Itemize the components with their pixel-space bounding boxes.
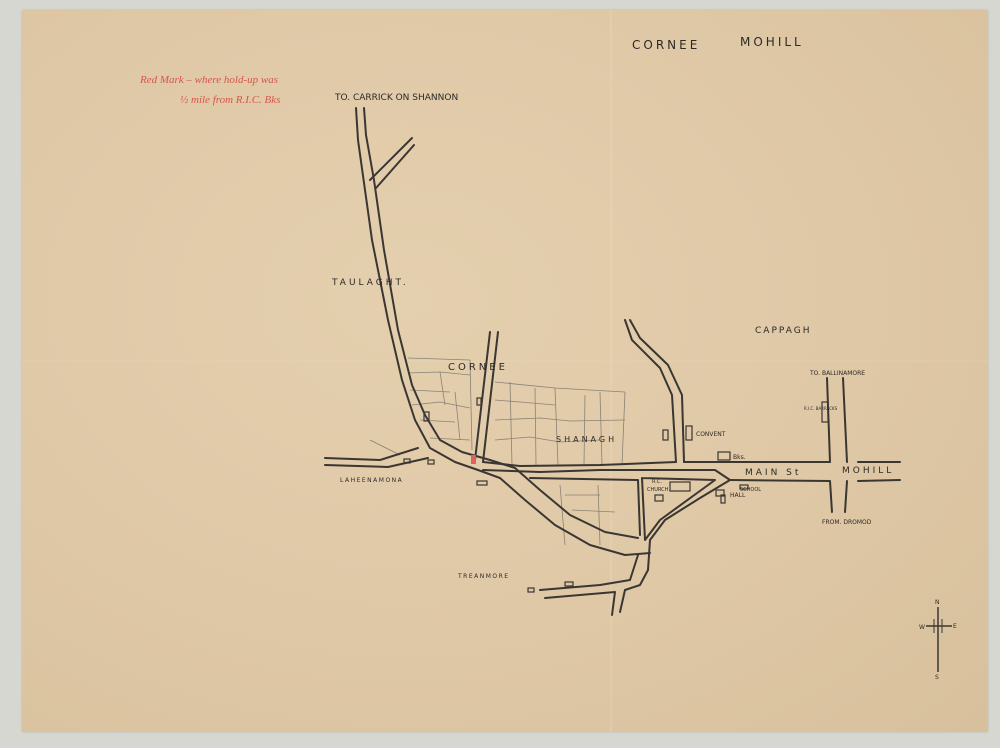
label-taulaght: TAULAGHT. xyxy=(331,278,409,288)
label-shanagh: SHANAGH xyxy=(556,435,617,444)
compass-rose-icon: N W E S xyxy=(919,599,957,681)
label-rc: R.C. xyxy=(652,479,662,485)
label-church: CHURCH xyxy=(647,487,669,493)
label-from-dromod: FROM. DROMOD xyxy=(822,519,872,526)
label-main-st: MAIN St xyxy=(745,468,801,478)
label-bks: Bks. xyxy=(733,454,746,461)
label-ric-barracks: R.I.C. BARRACKS xyxy=(804,406,838,411)
red-annotation-line1: Red Mark – where hold-up was xyxy=(139,74,278,86)
title-mohill: MOHILL xyxy=(740,35,804,49)
title-cornee: CORNEE xyxy=(632,38,700,52)
label-cornee: CORNEE xyxy=(448,362,508,373)
roads xyxy=(325,108,900,615)
hold-up-marker xyxy=(471,455,476,464)
label-mohill: MOHILL xyxy=(842,466,894,476)
compass-w: W xyxy=(919,624,925,631)
label-treanmore: TREANMORE xyxy=(457,573,510,580)
compass-e: E xyxy=(953,623,957,630)
compass-n: N xyxy=(935,599,940,606)
label-convent: CONVENT xyxy=(696,431,726,438)
label-laheenamona: LAHEENAMONA xyxy=(340,477,403,484)
label-to-ballinamore: TO. BALLINAMORE xyxy=(809,370,865,377)
hand-drawn-map: CORNEE MOHILL Red Mark – where hold-up w… xyxy=(0,0,1000,748)
label-cappagh: CAPPAGH xyxy=(755,326,811,336)
label-hall: HALL xyxy=(730,492,746,499)
buildings xyxy=(404,398,828,592)
red-annotation-line2: ½ mile from R.I.C. Bks xyxy=(180,94,280,106)
label-to-carrick: TO. CARRICK ON SHANNON xyxy=(334,93,458,103)
compass-s: S xyxy=(935,674,939,681)
